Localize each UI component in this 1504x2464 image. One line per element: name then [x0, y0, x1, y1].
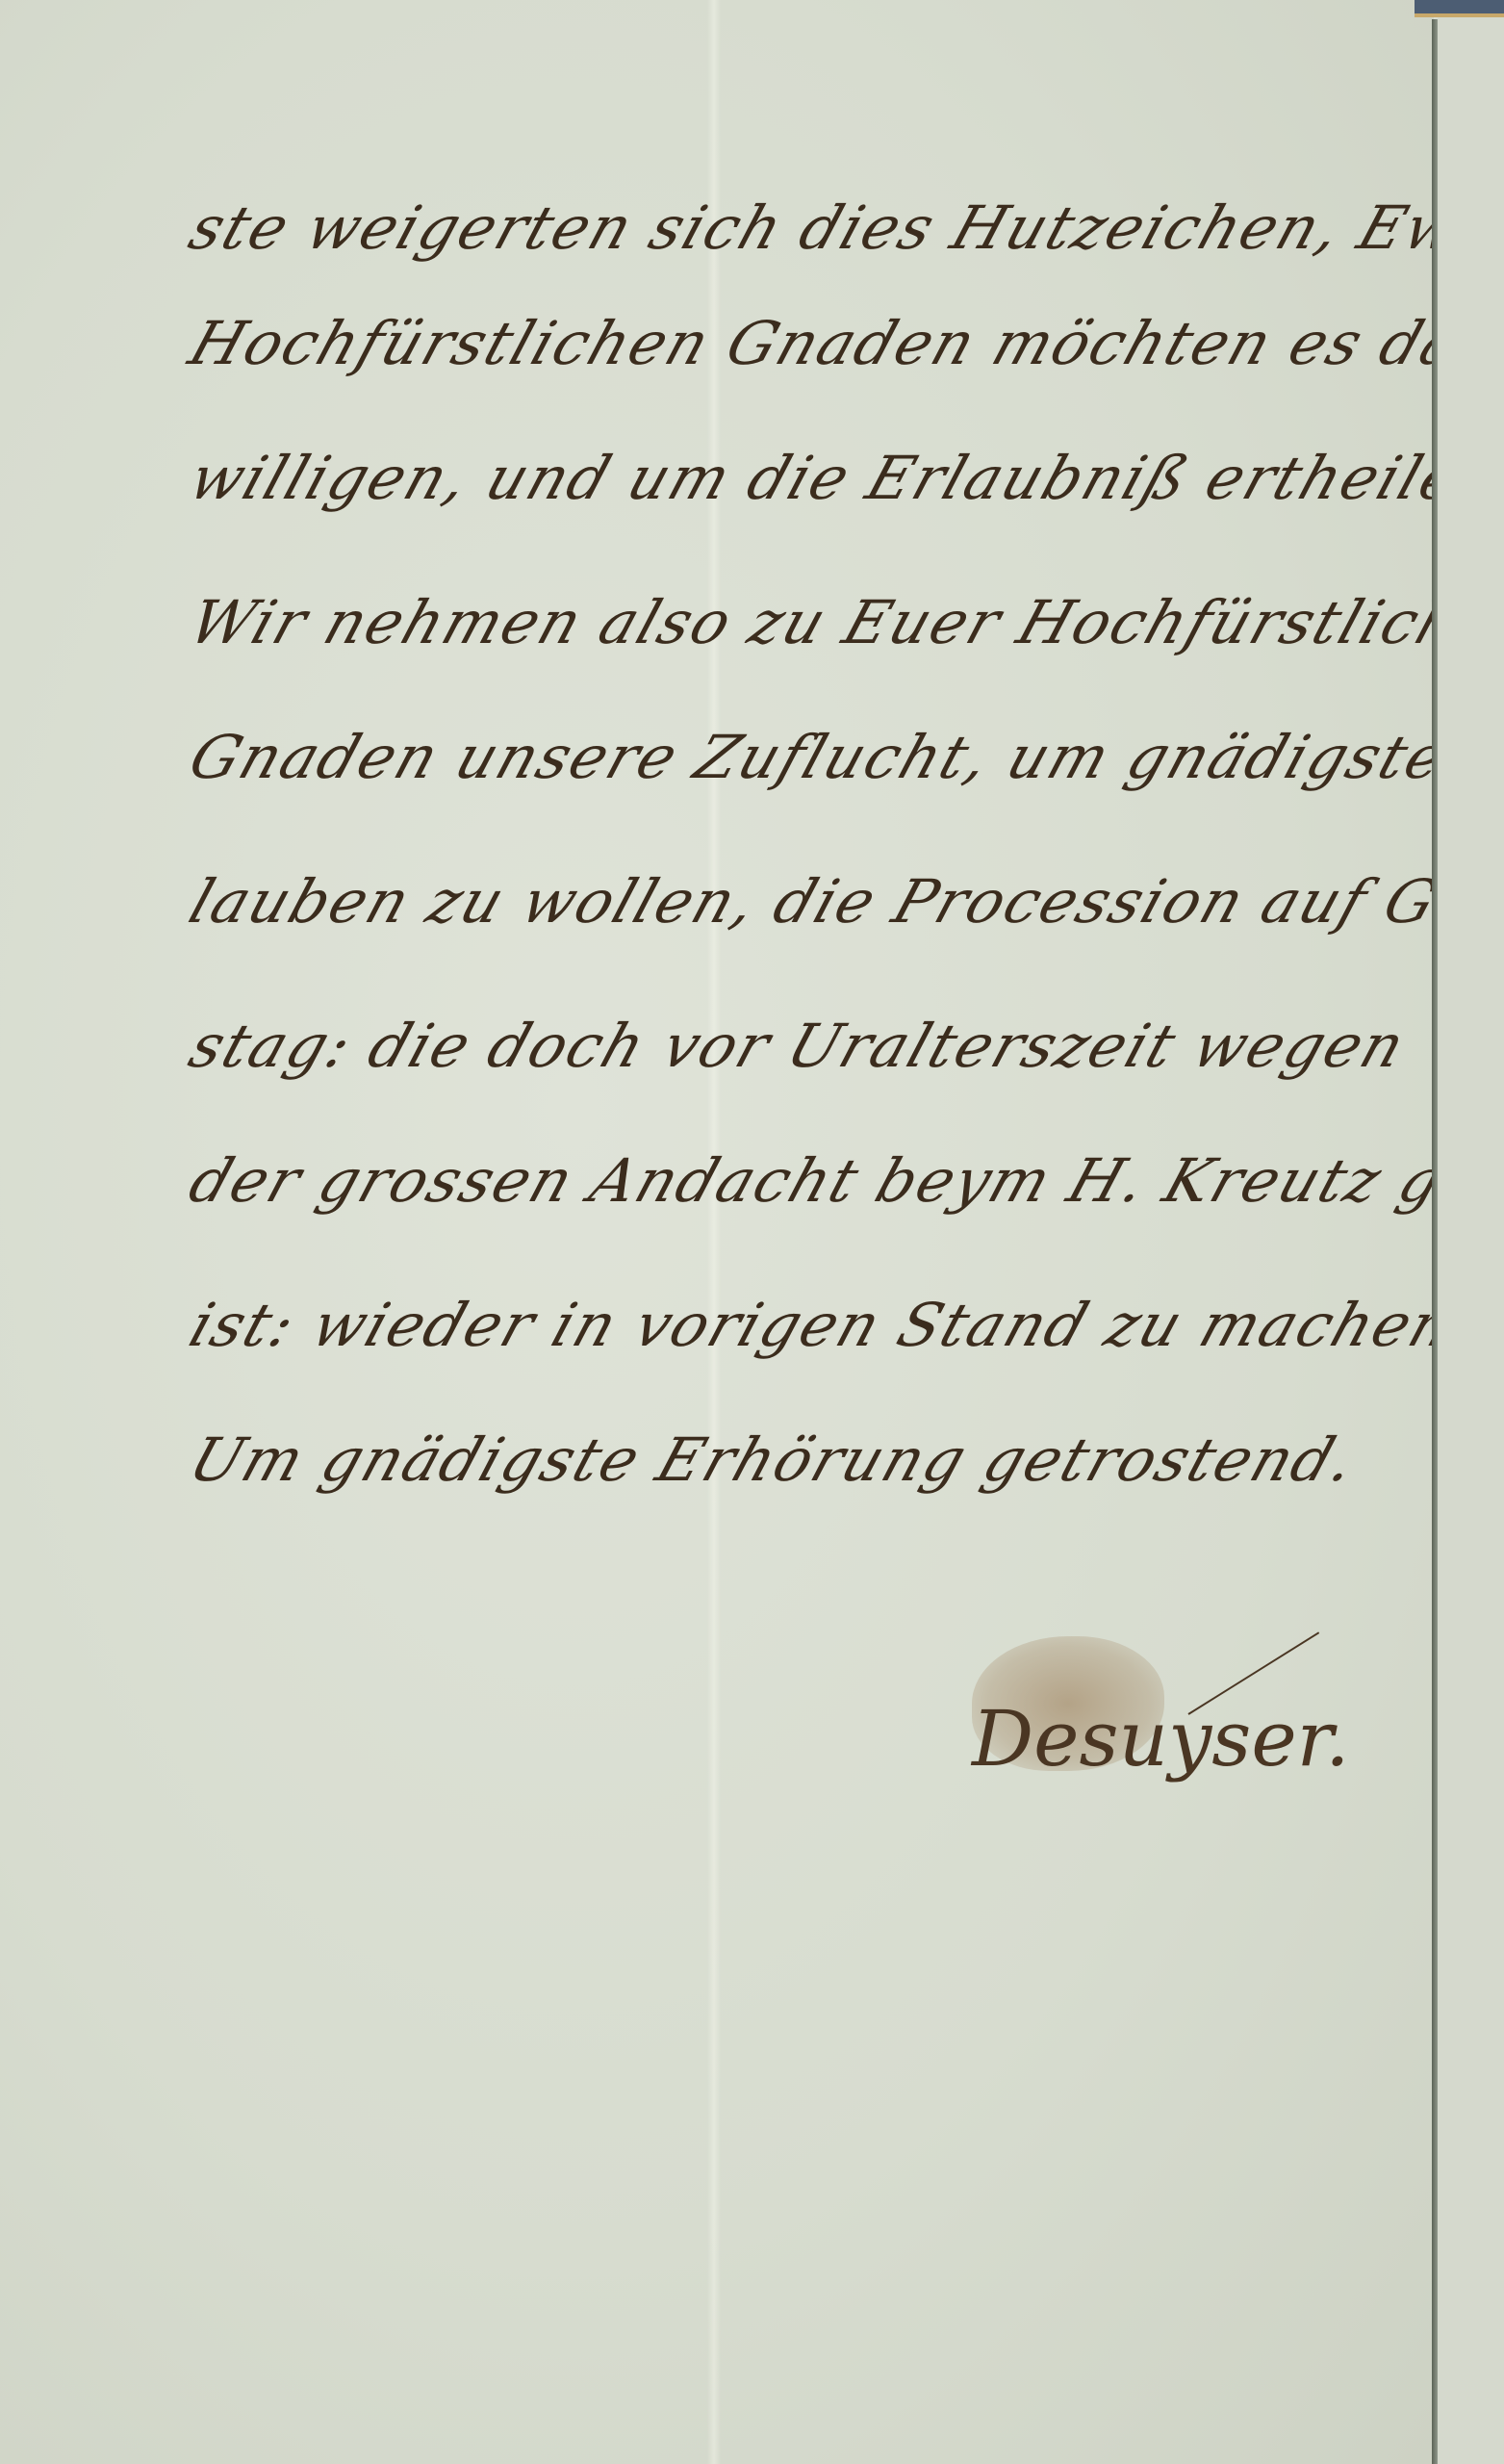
text-line: stag: die doch vor Uralterszeit wegen [181, 1011, 1415, 1081]
text-line: willigen, und um die Erlaubniß ertheilen… [181, 443, 1504, 513]
text-line: Wir nehmen also zu Euer Hochfürstlichen [181, 587, 1504, 657]
manuscript-page: ste weigerten sich dies Hutzeichen, Ew. … [0, 0, 1434, 2464]
text-line: der grossen Andacht beym H. Kreutz gesti… [181, 1145, 1504, 1216]
cover-corner [1415, 0, 1504, 17]
text-line: Gnaden unsere Zuflucht, um gnädigste Er- [181, 722, 1504, 792]
signature: Desuyser. [972, 1694, 1350, 1784]
text-line: ste weigerten sich dies Hutzeichen, Ew. [181, 192, 1485, 263]
adjacent-page-edge [1438, 0, 1504, 2464]
text-line: Hochfürstlichen Gnaden möchten es dann [181, 308, 1504, 378]
text-line: Um gnädigste Erhörung getrostend. [181, 1424, 1365, 1495]
text-line: ist: wieder in vorigen Stand zu machen. [181, 1290, 1484, 1360]
text-line: lauben zu wollen, die Procession auf Gra… [181, 866, 1504, 937]
